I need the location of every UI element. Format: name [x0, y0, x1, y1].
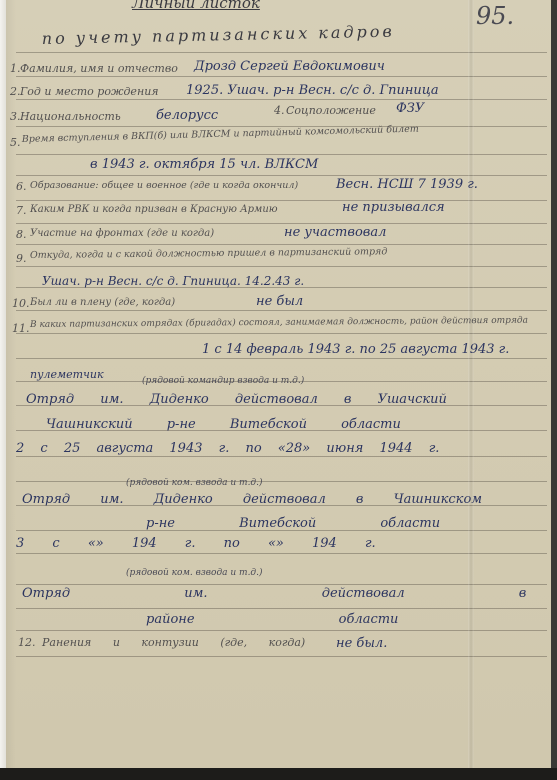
field-6-num: 6. — [16, 180, 27, 193]
sheet-number: 95. — [476, 2, 514, 30]
field-11-num: 11. — [12, 322, 30, 335]
field-8-value: не участвовал — [284, 225, 386, 240]
service-3-detachment: Отряд им. действовал в — [22, 586, 526, 601]
field-2-value: 1925. Ушач. р-н Весн. с/с д. Гпиница — [186, 83, 439, 98]
field-12-num: 12. — [18, 636, 36, 649]
field-1-num: 1. — [10, 62, 21, 75]
field-7-num: 7. — [16, 204, 27, 217]
service-1-period: 2 с 25 августа 1943 г. по «28» июня 1944… — [16, 441, 439, 456]
field-5-num: 5. — [10, 136, 21, 149]
service-1-region: Чашникский р-не Витебской области — [46, 417, 401, 432]
field-8-num: 8. — [16, 228, 27, 241]
document-page: Личный листок 95. по учету партизанских … — [6, 0, 557, 768]
field-1-value: Дрозд Сергей Евдокимович — [194, 59, 385, 74]
field-6-value: Весн. НСШ 7 1939 г. — [336, 177, 478, 192]
field-10-label: Был ли в плену (где, когда) — [30, 297, 175, 308]
field-8-label: Участие на фронтах (где и когда) — [30, 228, 214, 239]
field-9-value: Ушач. р-н Весн. с/с д. Гпиница. 14.2.43 … — [42, 274, 304, 288]
field-3-value: белорусс — [156, 108, 218, 123]
field-4-num: 4. — [274, 104, 285, 117]
field-4-value: ФЗУ — [396, 101, 424, 116]
field-7-label: Каким РВК и когда призван в Красную Арми… — [30, 204, 278, 215]
service-2-detachment: Отряд им. Диденко действовал в Чашникско… — [22, 492, 482, 507]
field-10-value: не был — [256, 294, 303, 309]
field-4-label: Соцположение — [286, 104, 376, 117]
field-1-label: Фамилия, имя и отчество — [20, 62, 178, 75]
field-11-value: 1 с 14 февраль 1943 г. по 25 августа 194… — [202, 342, 509, 357]
field-12-value: не был. — [336, 636, 387, 651]
service-1-position: пулеметчик — [30, 368, 104, 381]
service-2-note: (рядовой ком. взвода и т.д.) — [126, 478, 263, 488]
field-2-num: 2. — [10, 85, 21, 98]
field-3-num: 3. — [10, 110, 21, 123]
field-3-label: Национальность — [20, 110, 121, 123]
field-10-num: 10. — [12, 297, 30, 310]
document-title: Личный листок — [132, 0, 260, 12]
scan-right-edge — [551, 0, 557, 768]
scan-bottom-edge — [0, 768, 557, 780]
field-11-label: В каких партизанских отрядах (бригадах) … — [30, 316, 528, 330]
field-2-label: Год и место рождения — [20, 85, 159, 98]
service-3-note: (рядовой ком. взвода и т.д.) — [126, 568, 263, 578]
field-12-label: Ранения и контузии (где, когда) — [42, 636, 305, 649]
service-1-detachment: Отряд им. Диденко действовал в Ушачский — [26, 392, 447, 407]
field-6-label: Образование: общее и военное (где и когд… — [30, 180, 298, 191]
service-1-note: (рядовой командир взвода и т.д.) — [142, 376, 304, 386]
field-5-value: в 1943 г. октября 15 чл. ВЛКСМ — [90, 157, 318, 172]
field-9-num: 9. — [16, 252, 27, 265]
service-2-period: 3 с «» 194 г. по «» 194 г. — [16, 536, 376, 551]
field-7-value: не призывался — [342, 200, 445, 215]
service-2-region: р-не Витебской области — [146, 516, 440, 531]
field-9-label: Откуда, когда и с какой должностью прише… — [30, 246, 388, 261]
service-3-region: районе области — [146, 612, 398, 627]
document-subtitle: по учету партизанских кадров — [42, 22, 395, 48]
